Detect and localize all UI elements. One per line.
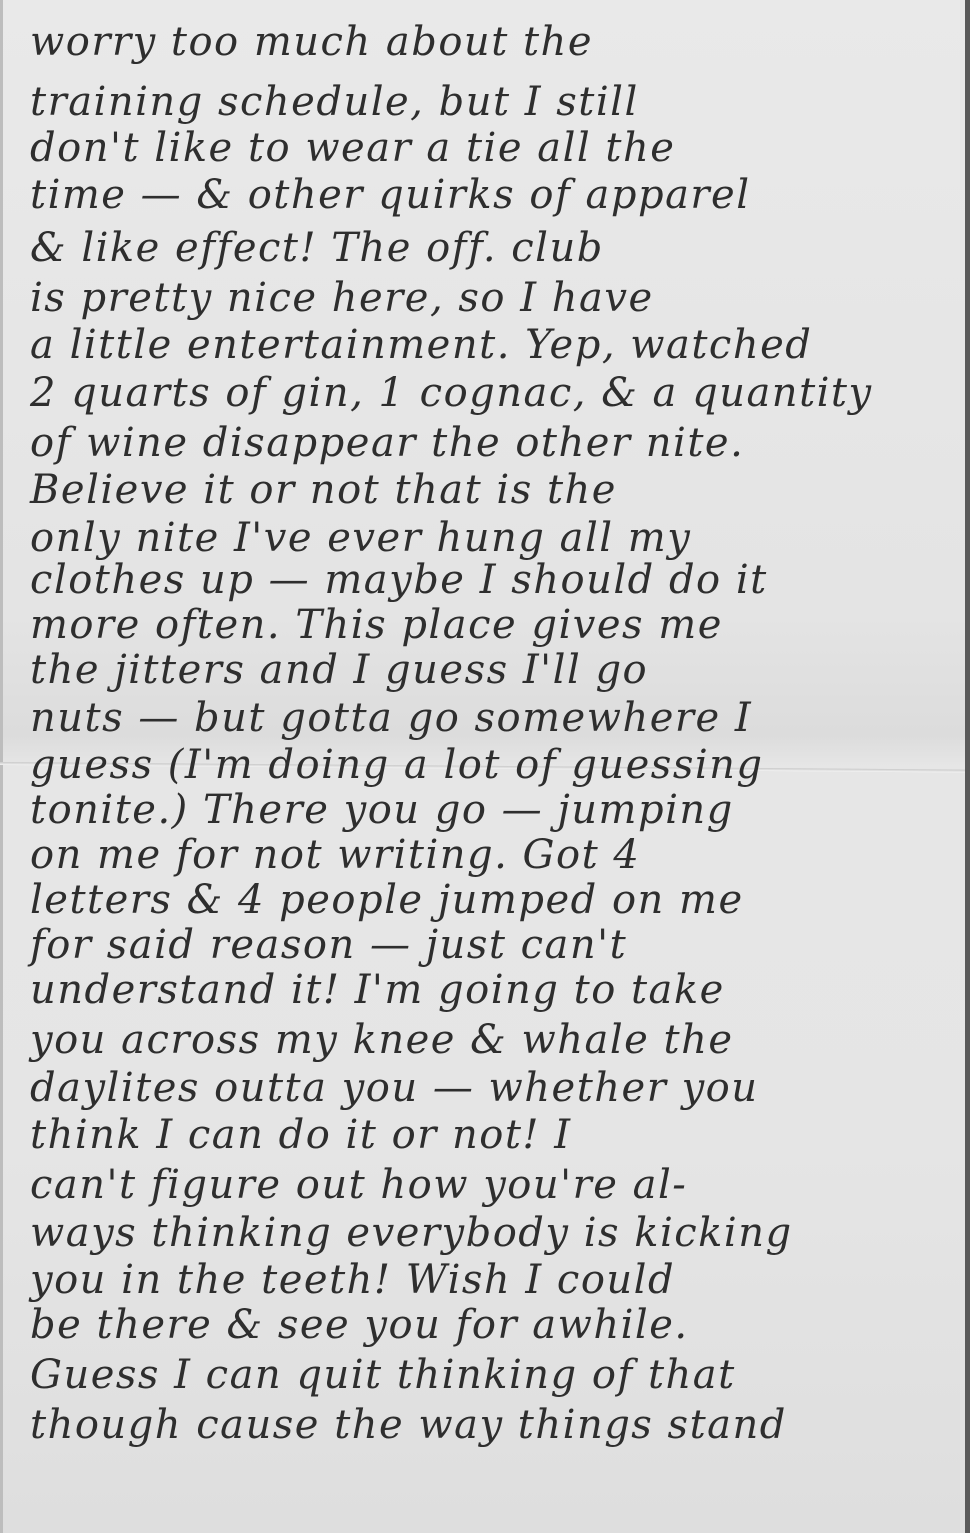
handwritten-line: understand it! I'm going to take: [30, 970, 725, 1010]
handwritten-line: & like effect! The off. club: [30, 228, 604, 268]
handwritten-line: Guess I can quit thinking of that: [30, 1355, 736, 1395]
handwritten-line: guess (I'm doing a lot of guessing: [30, 745, 764, 785]
handwritten-line: of wine disappear the other nite.: [30, 423, 744, 463]
handwritten-line: nuts — but gotta go somewhere I: [30, 698, 752, 738]
handwritten-line: clothes up — maybe I should do it: [30, 560, 768, 600]
paper-left-edge: [0, 0, 3, 1533]
handwritten-line: you across my knee & whale the: [30, 1020, 734, 1060]
handwritten-line: the jitters and I guess I'll go: [30, 650, 648, 690]
handwritten-line: a little entertainment. Yep, watched: [30, 325, 812, 365]
handwritten-line: more often. This place gives me: [30, 605, 723, 645]
handwritten-line: training schedule, but I still: [30, 82, 639, 122]
handwritten-line: though cause the way things stand: [30, 1405, 787, 1445]
handwritten-line: think I can do it or not! I: [30, 1115, 572, 1155]
handwritten-line: be there & see you for awhile.: [30, 1305, 689, 1345]
handwritten-line: Believe it or not that is the: [30, 470, 617, 510]
handwritten-line: can't figure out how you're al-: [30, 1165, 687, 1205]
handwritten-line: only nite I've ever hung all my: [30, 518, 691, 558]
handwritten-line: tonite.) There you go — jumping: [30, 790, 734, 830]
handwritten-line: 2 quarts of gin, 1 cognac, & a quantity: [30, 373, 873, 413]
handwritten-line: worry too much about the: [30, 22, 593, 62]
handwritten-line: don't like to wear a tie all the: [30, 128, 675, 168]
handwritten-line: is pretty nice here, so I have: [30, 278, 654, 318]
handwritten-line: time — & other quirks of apparel: [30, 175, 751, 215]
letter-page: worry too much about the training schedu…: [0, 0, 965, 1533]
handwritten-line: ways thinking everybody is kicking: [30, 1213, 793, 1253]
handwritten-line: for said reason — just can't: [30, 925, 627, 965]
handwritten-line: daylites outta you — whether you: [30, 1068, 759, 1108]
handwritten-line: letters & 4 people jumped on me: [30, 880, 744, 920]
handwritten-line: on me for not writing. Got 4: [30, 835, 640, 875]
handwritten-line: you in the teeth! Wish I could: [30, 1260, 675, 1300]
paper-right-edge: [965, 0, 970, 1533]
